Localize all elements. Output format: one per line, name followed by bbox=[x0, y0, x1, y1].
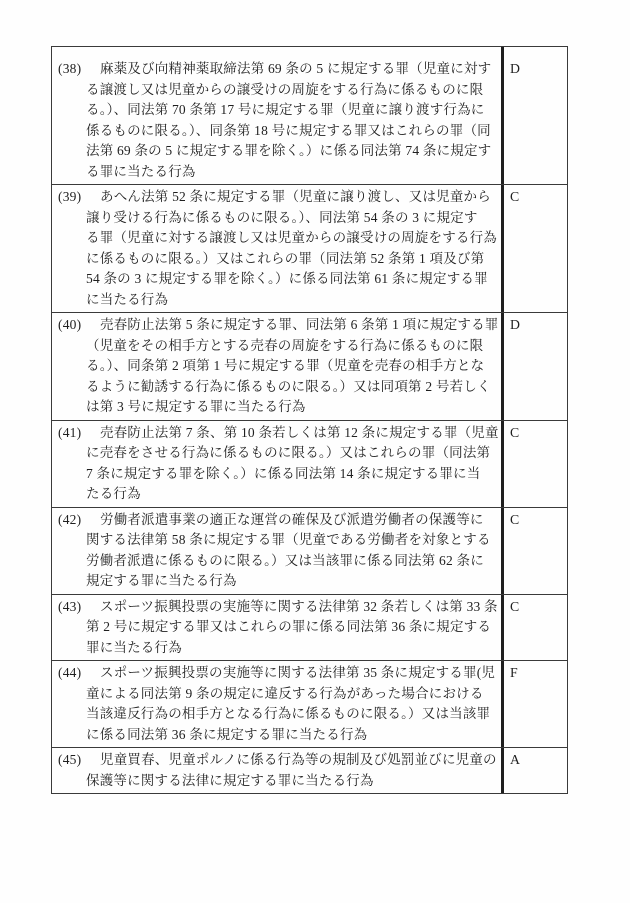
row-code: C bbox=[510, 189, 519, 204]
offense-description-cell: (43)スポーツ振興投票の実施等に関する法律第 32 条若しくは第 33 条 第… bbox=[52, 595, 501, 661]
offense-description-cell: (45)児童買春、児童ポルノに係る行為等の規制及び処罰並びに児童の 保護等に関す… bbox=[52, 748, 501, 793]
classification-code-cell: C bbox=[501, 595, 567, 661]
row-code: F bbox=[510, 665, 518, 680]
offense-table: (38)麻薬及び向精神薬取締法第 69 条の 5 に規定する罪（児童に対す る譲… bbox=[51, 46, 568, 794]
row-text: 麻薬及び向精神薬取締法第 69 条の 5 に規定する罪（児童に対す る譲渡し又は… bbox=[86, 61, 491, 179]
offense-description-cell: (38)麻薬及び向精神薬取締法第 69 条の 5 に規定する罪（児童に対す る譲… bbox=[52, 47, 501, 184]
table-row: (38)麻薬及び向精神薬取締法第 69 条の 5 に規定する罪（児童に対す る譲… bbox=[52, 47, 567, 185]
offense-description-cell: (44)スポーツ振興投票の実施等に関する法律第 35 条に規定する罪(児 童によ… bbox=[52, 661, 501, 747]
offense-description-cell: (40)売春防止法第 5 条に規定する罪、同法第 6 条第 1 項に規定する罪 … bbox=[52, 313, 501, 420]
row-text: スポーツ振興投票の実施等に関する法律第 32 条若しくは第 33 条 第 2 号… bbox=[86, 599, 498, 655]
row-text: 売春防止法第 7 条、第 10 条若しくは第 12 条に規定する罪（児童 に売春… bbox=[86, 425, 499, 502]
table-row: (44)スポーツ振興投票の実施等に関する法律第 35 条に規定する罪(児 童によ… bbox=[52, 661, 567, 748]
row-number: (44) bbox=[58, 663, 100, 684]
classification-code-cell: C bbox=[501, 508, 567, 594]
table-row: (42)労働者派遣事業の適正な運営の確保及び派遣労働者の保護等に 関する法律第 … bbox=[52, 508, 567, 595]
classification-code-cell: A bbox=[501, 748, 567, 793]
row-text: 児童買春、児童ポルノに係る行為等の規制及び処罰並びに児童の 保護等に関する法律に… bbox=[86, 752, 497, 788]
classification-code-cell: F bbox=[501, 661, 567, 747]
offense-description-cell: (42)労働者派遣事業の適正な運営の確保及び派遣労働者の保護等に 関する法律第 … bbox=[52, 508, 501, 594]
row-number: (38) bbox=[58, 59, 100, 80]
row-text: 労働者派遣事業の適正な運営の確保及び派遣労働者の保護等に 関する法律第 58 条… bbox=[86, 512, 491, 589]
classification-code-cell: C bbox=[501, 185, 567, 312]
row-text: 売春防止法第 5 条に規定する罪、同法第 6 条第 1 項に規定する罪 （児童を… bbox=[86, 317, 499, 414]
classification-code-cell: D bbox=[501, 313, 567, 420]
offense-description-cell: (39)あへん法第 52 条に規定する罪（児童に譲り渡し、又は児童から 譲り受け… bbox=[52, 185, 501, 312]
row-number: (42) bbox=[58, 510, 100, 531]
table-row: (45)児童買春、児童ポルノに係る行為等の規制及び処罰並びに児童の 保護等に関す… bbox=[52, 748, 567, 793]
row-text: あへん法第 52 条に規定する罪（児童に譲り渡し、又は児童から 譲り受ける行為に… bbox=[86, 189, 497, 307]
row-code: D bbox=[510, 317, 520, 332]
row-code: C bbox=[510, 599, 519, 614]
table-row: (40)売春防止法第 5 条に規定する罪、同法第 6 条第 1 項に規定する罪 … bbox=[52, 313, 567, 421]
row-number: (40) bbox=[58, 315, 100, 336]
row-code: C bbox=[510, 512, 519, 527]
table-row: (39)あへん法第 52 条に規定する罪（児童に譲り渡し、又は児童から 譲り受け… bbox=[52, 185, 567, 313]
row-code: C bbox=[510, 425, 519, 440]
row-code: A bbox=[510, 752, 520, 767]
row-text: スポーツ振興投票の実施等に関する法律第 35 条に規定する罪(児 童による同法第… bbox=[86, 665, 495, 742]
row-number: (43) bbox=[58, 597, 100, 618]
document-page: (38)麻薬及び向精神薬取締法第 69 条の 5 に規定する罪（児童に対す る譲… bbox=[0, 0, 630, 903]
row-code: D bbox=[510, 61, 520, 76]
row-number: (45) bbox=[58, 750, 100, 771]
table-row: (43)スポーツ振興投票の実施等に関する法律第 32 条若しくは第 33 条 第… bbox=[52, 595, 567, 662]
classification-code-cell: D bbox=[501, 47, 567, 184]
offense-description-cell: (41)売春防止法第 7 条、第 10 条若しくは第 12 条に規定する罪（児童… bbox=[52, 421, 501, 507]
classification-code-cell: C bbox=[501, 421, 567, 507]
table-row: (41)売春防止法第 7 条、第 10 条若しくは第 12 条に規定する罪（児童… bbox=[52, 421, 567, 508]
row-number: (39) bbox=[58, 187, 100, 208]
row-number: (41) bbox=[58, 423, 100, 444]
